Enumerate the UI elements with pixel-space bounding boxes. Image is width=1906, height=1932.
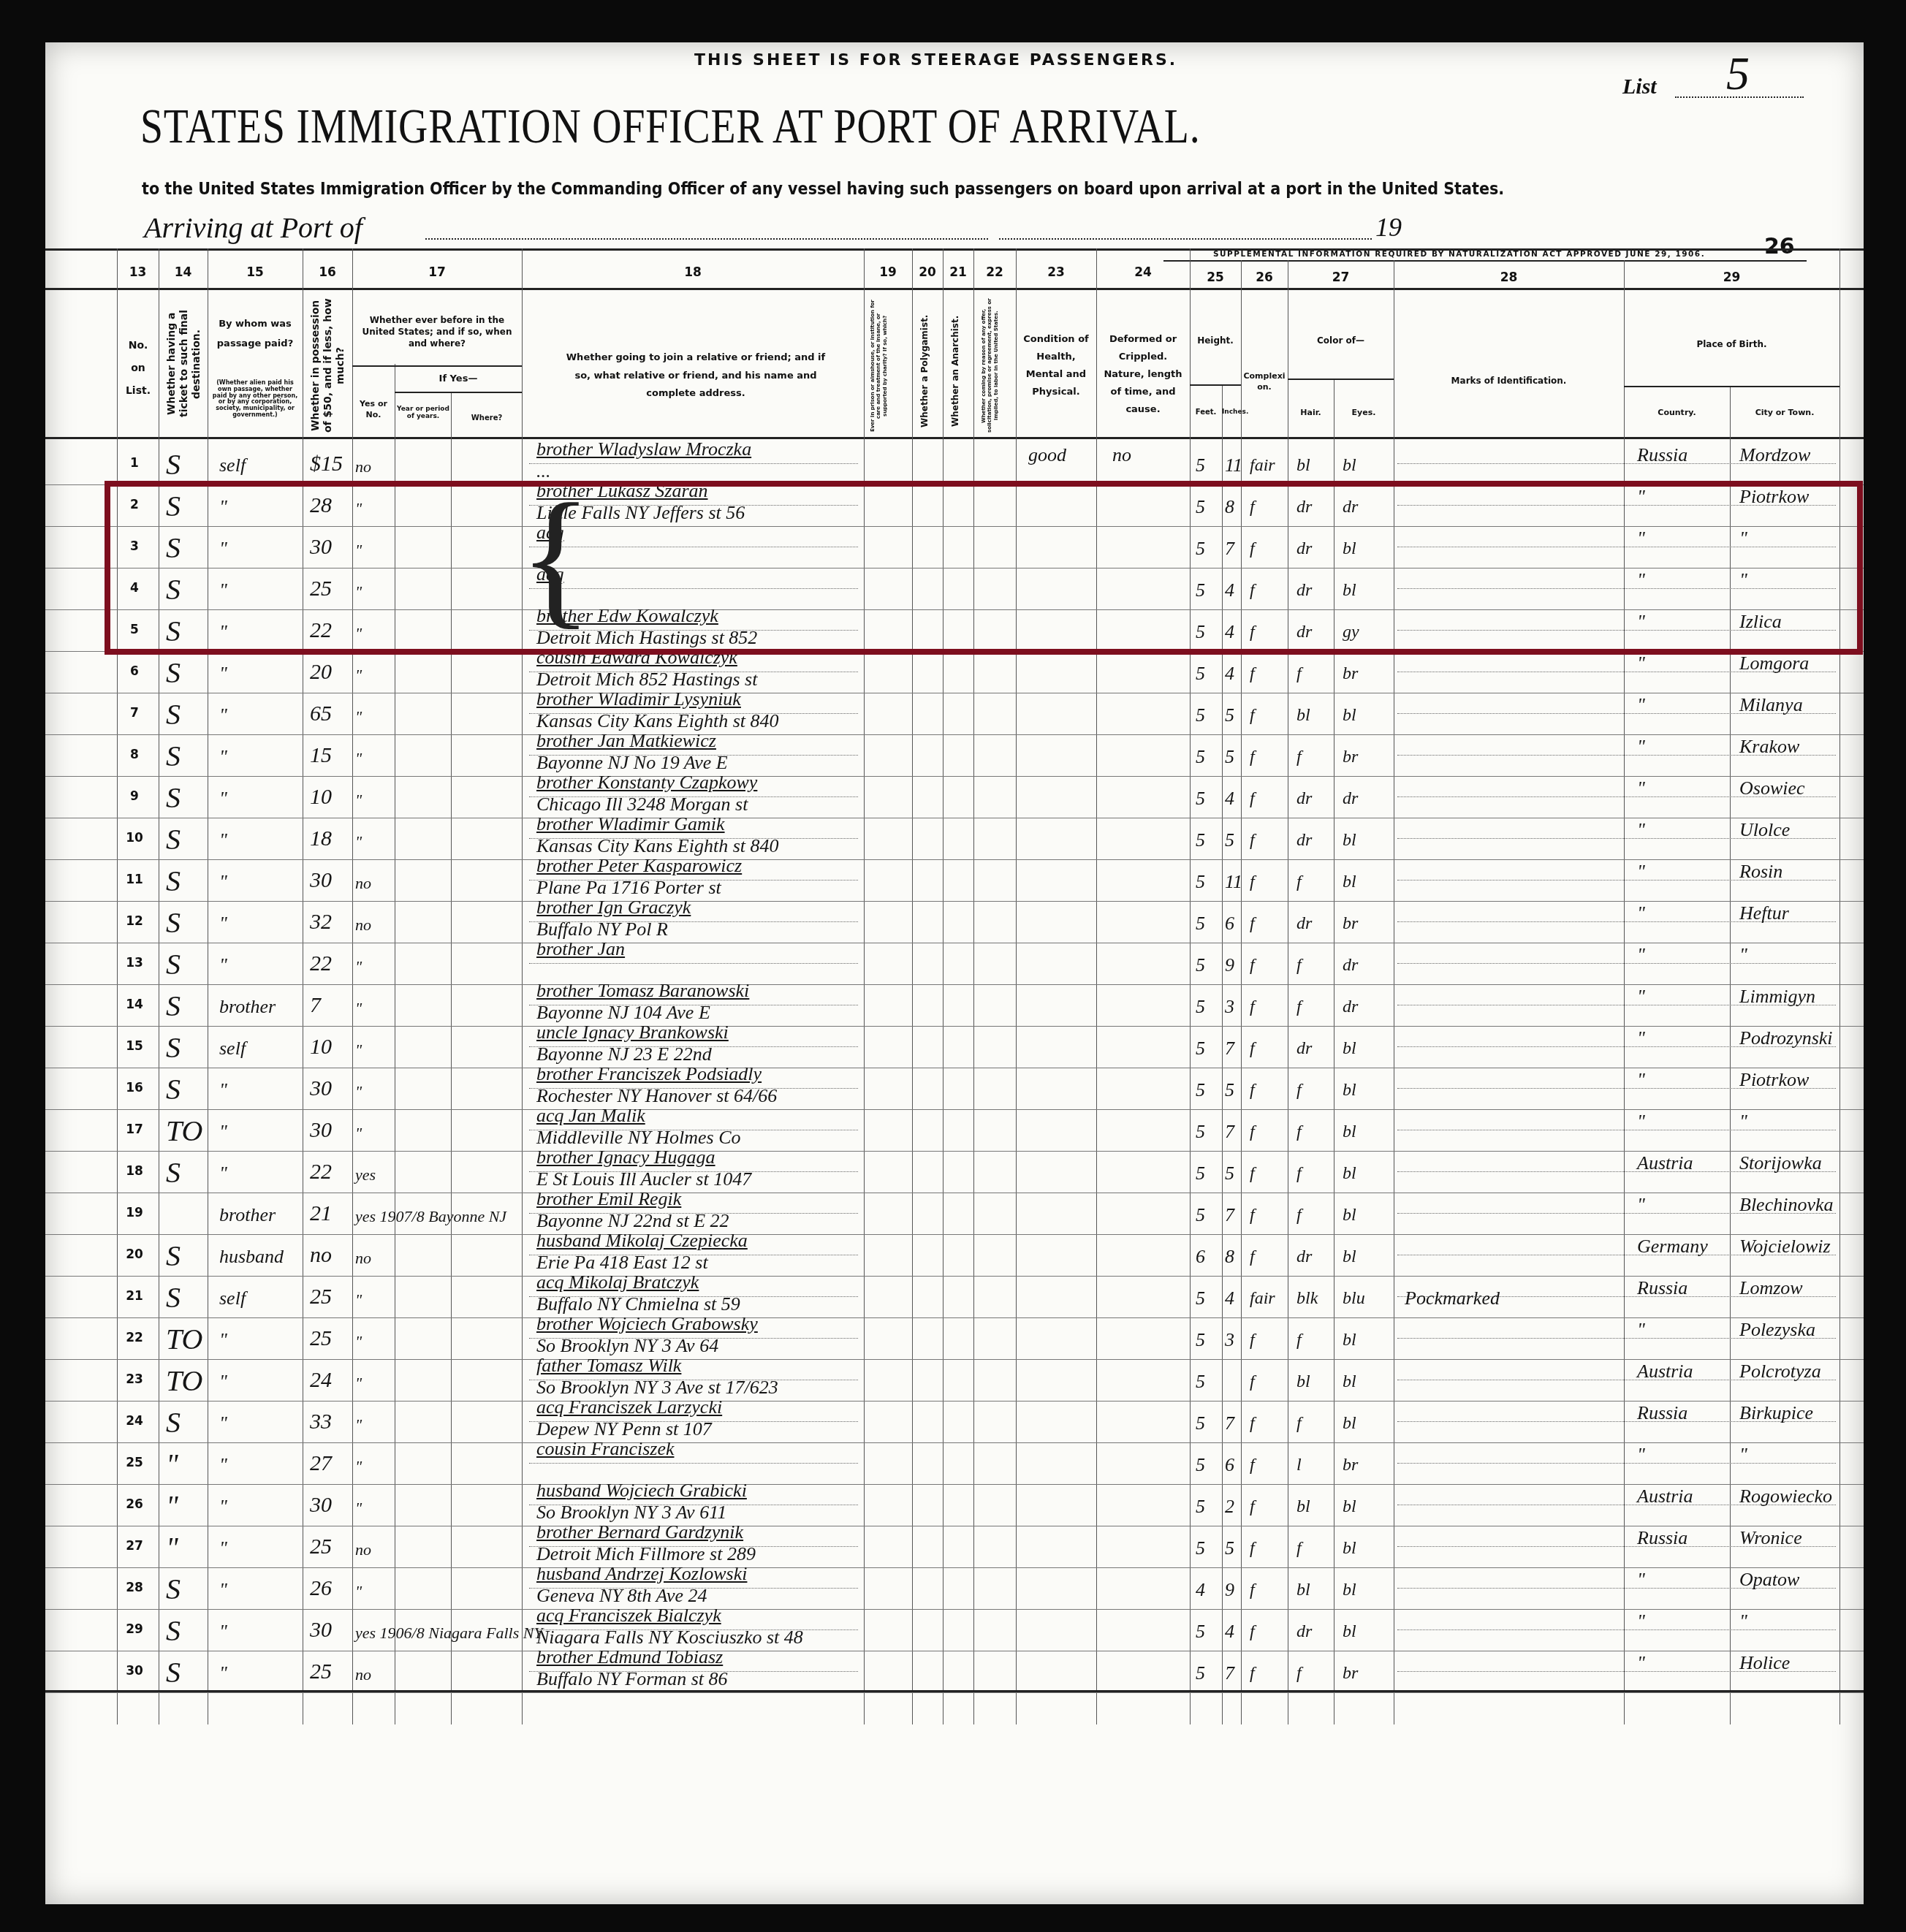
list-label: List xyxy=(1622,75,1657,99)
row-13-city: " xyxy=(1739,944,1747,966)
row-27-money: 25 xyxy=(310,1534,332,1559)
row-9-country: " xyxy=(1637,777,1645,799)
col-divider xyxy=(943,248,943,1724)
row-19-hair: f xyxy=(1296,1206,1302,1225)
row-11-no: 11 xyxy=(120,872,149,887)
row-6-in: 4 xyxy=(1225,663,1234,685)
header-place-of-birth: Place of Birth. xyxy=(1624,338,1839,350)
row-27-address: Detroit Mich Fillmore st 289 xyxy=(536,1543,756,1565)
row-1-money: $15 xyxy=(310,452,343,476)
row-1-city: Mordzow xyxy=(1739,444,1810,466)
row-18-country: Austria xyxy=(1637,1152,1693,1174)
col-divider xyxy=(1096,248,1097,1724)
col-divider xyxy=(912,248,913,1724)
row-7-relative: brother Wladimir Lysyniuk xyxy=(536,688,741,710)
row-divider xyxy=(45,943,1864,943)
row-14-address: Bayonne NJ 104 Ave E xyxy=(536,1002,710,1024)
col-divider xyxy=(1222,386,1223,1724)
row-12-city: Heftur xyxy=(1739,902,1789,924)
row-divider xyxy=(45,484,1864,485)
row-13-paid: " xyxy=(219,954,227,976)
row-4-no: 4 xyxy=(120,581,149,596)
row-14-ticket: S xyxy=(166,989,181,1023)
row-14-relative: brother Tomasz Baranowski xyxy=(536,980,749,1002)
row-12-address: Buffalo NY Pol R xyxy=(536,919,668,940)
page-subtitle: to the United States Immigration Officer… xyxy=(142,180,1504,199)
row-13-eyes: dr xyxy=(1343,956,1358,975)
row-23-eyes: bl xyxy=(1343,1372,1356,1392)
row-21-relative: acq Mikolaj Bratczyk xyxy=(536,1271,699,1293)
row-23-before: " xyxy=(355,1374,362,1393)
c17-subrule xyxy=(352,365,522,367)
row-20-city: Wojcielowiz xyxy=(1739,1236,1831,1258)
row-6-cx: f xyxy=(1250,664,1255,684)
row-6-eyes: br xyxy=(1343,664,1358,684)
row-20-hair: dr xyxy=(1296,1247,1312,1267)
row-22-hair: f xyxy=(1296,1331,1302,1350)
row-12-in: 6 xyxy=(1225,913,1234,935)
row-27-city: Wronice xyxy=(1739,1527,1802,1549)
row-18-before: yes xyxy=(355,1165,376,1184)
row-26-paid: " xyxy=(219,1496,227,1518)
row-divider xyxy=(45,1442,1864,1443)
row-19-cx: f xyxy=(1250,1206,1255,1225)
row-22-paid: " xyxy=(219,1329,227,1351)
row-21-eyes: blu xyxy=(1343,1289,1365,1309)
colnum-28: 28 xyxy=(1394,270,1624,285)
header-health: Condition of Health, Mental and Physical… xyxy=(1017,331,1095,401)
row-1-paid: self xyxy=(219,455,246,476)
row-2-country: " xyxy=(1637,486,1645,508)
row-26-country: Austria xyxy=(1637,1486,1693,1507)
row-divider xyxy=(45,818,1864,818)
row-16-paid: " xyxy=(219,1079,227,1101)
row-8-before: " xyxy=(355,749,362,768)
row-21-cx: fair xyxy=(1250,1289,1275,1309)
row-26-hair: bl xyxy=(1296,1497,1310,1517)
row-26-address: So Brooklyn NY 3 Av 611 xyxy=(536,1502,726,1524)
row-21-money: 25 xyxy=(310,1285,332,1309)
row-11-country: " xyxy=(1637,861,1645,883)
row-divider xyxy=(45,1692,1864,1693)
row-5-in: 4 xyxy=(1225,621,1234,643)
row-12-before: no xyxy=(355,916,371,935)
row-9-no: 9 xyxy=(120,789,149,804)
row-divider xyxy=(45,1401,1864,1402)
row-14-cx: f xyxy=(1250,997,1255,1017)
row-6-ticket: S xyxy=(166,655,181,690)
row-23-city: Polcrotyza xyxy=(1739,1361,1821,1383)
row-21-address: Buffalo NY Chmielna st 59 xyxy=(536,1293,740,1315)
row-8-no: 8 xyxy=(120,748,149,762)
row-divider xyxy=(45,734,1864,735)
row-10-ticket: S xyxy=(166,822,181,856)
row-28-eyes: bl xyxy=(1343,1581,1356,1600)
arriving-date-field xyxy=(999,238,1372,240)
header-marks: Marks of Identification. xyxy=(1394,375,1624,387)
row-24-cx: f xyxy=(1250,1414,1255,1434)
row-18-no: 18 xyxy=(120,1164,149,1179)
row-23-paid: " xyxy=(219,1371,227,1393)
row-9-city: Osowiec xyxy=(1739,777,1805,799)
row-16-hair: f xyxy=(1296,1081,1302,1100)
supplemental-heading: SUPPLEMENTAL INFORMATION REQUIRED BY NAT… xyxy=(1213,250,1705,259)
row-25-eyes: br xyxy=(1343,1456,1358,1475)
row-30-ticket: S xyxy=(166,1655,181,1689)
row-5-hair: dr xyxy=(1296,623,1312,642)
row-divider xyxy=(45,526,1864,527)
row-1-hair: bl xyxy=(1296,456,1310,476)
row-13-hair: f xyxy=(1296,956,1302,975)
row-24-city: Birkupice xyxy=(1739,1402,1813,1424)
row-16-ticket: S xyxy=(166,1072,181,1106)
row-21-country: Russia xyxy=(1637,1277,1687,1299)
row-14-before: " xyxy=(355,999,362,1018)
col-divider xyxy=(451,393,452,1724)
row-17-hair: f xyxy=(1296,1122,1302,1142)
row-13-before: " xyxy=(355,957,362,976)
row-20-money: no xyxy=(310,1243,332,1268)
row-15-ft: 5 xyxy=(1196,1038,1205,1060)
row-23-cx: f xyxy=(1250,1372,1255,1392)
header-polygamist: Whether a Polygamist. xyxy=(919,313,930,430)
row-14-in: 3 xyxy=(1225,996,1234,1018)
row-11-city: Rosin xyxy=(1739,861,1782,883)
row-6-address: Detroit Mich 852 Hastings st xyxy=(536,669,757,691)
row-30-paid: " xyxy=(219,1662,227,1684)
row-divider xyxy=(45,1276,1864,1277)
address-dotted-line xyxy=(529,463,858,464)
row-28-hair: bl xyxy=(1296,1581,1310,1600)
row-5-before: " xyxy=(355,624,362,643)
row-3-before: " xyxy=(355,541,362,560)
row-2-before: " xyxy=(355,499,362,518)
row-17-before: " xyxy=(355,1124,362,1143)
row-29-relative: acq Franciszek Bialczyk xyxy=(536,1605,721,1627)
row-7-city: Milanya xyxy=(1739,694,1803,716)
row-17-relative: acq Jan Malik xyxy=(536,1105,645,1127)
row-17-paid: " xyxy=(219,1121,227,1143)
row-divider xyxy=(45,1193,1864,1193)
row-3-no: 3 xyxy=(120,539,149,554)
header-yes-no: Yes or No. xyxy=(354,399,393,421)
row-30-cx: f xyxy=(1250,1664,1255,1684)
row-24-before: " xyxy=(355,1415,362,1434)
row-12-eyes: br xyxy=(1343,914,1358,934)
row-28-country: " xyxy=(1637,1569,1645,1591)
row-12-paid: " xyxy=(219,913,227,935)
row-7-no: 7 xyxy=(120,706,149,720)
row-14-no: 14 xyxy=(120,997,149,1012)
row-24-eyes: bl xyxy=(1343,1414,1356,1434)
row-2-money: 28 xyxy=(310,493,332,518)
row-16-relative: brother Franciszek Podsiadly xyxy=(536,1063,762,1085)
row-16-cx: f xyxy=(1250,1081,1255,1100)
row-3-in: 7 xyxy=(1225,538,1234,560)
row-30-address: Buffalo NY Forman st 86 xyxy=(536,1668,727,1690)
row-2-ft: 5 xyxy=(1196,496,1205,518)
row-22-country: " xyxy=(1637,1319,1645,1341)
row-22-eyes: bl xyxy=(1343,1331,1356,1350)
row-14-eyes: dr xyxy=(1343,997,1358,1017)
row-7-ticket: S xyxy=(166,697,181,731)
row-18-money: 22 xyxy=(310,1160,332,1184)
row-14-paid: brother xyxy=(219,996,276,1018)
header-height: Height. xyxy=(1190,335,1241,346)
row-24-no: 24 xyxy=(120,1414,149,1429)
row-29-in: 4 xyxy=(1225,1621,1234,1643)
row-9-cx: f xyxy=(1250,789,1255,809)
row-17-ticket: TO xyxy=(166,1114,202,1148)
row-3-cx: f xyxy=(1250,539,1255,559)
row-27-hair: f xyxy=(1296,1539,1302,1559)
row-2-eyes: dr xyxy=(1343,498,1358,517)
row-28-before: " xyxy=(355,1582,362,1601)
row-10-before: " xyxy=(355,832,362,851)
row-19-in: 7 xyxy=(1225,1204,1234,1226)
row-11-eyes: bl xyxy=(1343,872,1356,892)
row-divider xyxy=(45,1609,1864,1610)
row-11-before: no xyxy=(355,874,371,893)
row-19-relative: brother Emil Regik xyxy=(536,1188,681,1210)
row-29-cx: f xyxy=(1250,1622,1255,1642)
row-29-city: " xyxy=(1739,1610,1747,1632)
colnum-23: 23 xyxy=(1016,265,1096,280)
steerage-banner: THIS SHEET IS FOR STEERAGE PASSENGERS. xyxy=(694,51,1177,69)
supplemental-rule xyxy=(1163,260,1807,262)
row-9-eyes: dr xyxy=(1343,789,1358,809)
row-1-cx: fair xyxy=(1250,456,1275,476)
row-21-in: 4 xyxy=(1225,1288,1234,1309)
row-11-relative: brother Peter Kasparowicz xyxy=(536,855,742,877)
row-24-ft: 5 xyxy=(1196,1412,1205,1434)
row-9-money: 10 xyxy=(310,785,332,810)
row-2-paid: " xyxy=(219,496,227,518)
header-before-in-us: Whether ever before in the United States… xyxy=(355,314,519,350)
row-26-relative: husband Wojciech Grabicki xyxy=(536,1480,747,1502)
header-if-yes: If Yes— xyxy=(396,373,520,386)
row-1-ft: 5 xyxy=(1196,455,1205,476)
row-23-hair: bl xyxy=(1296,1372,1310,1392)
row-24-relative: acq Franciszek Larzycki xyxy=(536,1396,722,1418)
row-26-ticket: " xyxy=(166,1488,178,1523)
row-29-hair: dr xyxy=(1296,1622,1312,1642)
row-16-country: " xyxy=(1637,1069,1645,1091)
row-18-hair: f xyxy=(1296,1164,1302,1184)
row-10-no: 10 xyxy=(120,831,149,845)
row-25-paid: " xyxy=(219,1454,227,1476)
row-divider xyxy=(45,1026,1864,1027)
row-20-before: no xyxy=(355,1249,371,1268)
row-4-eyes: bl xyxy=(1343,581,1356,601)
row-28-paid: " xyxy=(219,1579,227,1601)
row-5-cx: f xyxy=(1250,623,1255,642)
row-13-country: " xyxy=(1637,944,1645,966)
col-divider xyxy=(159,248,159,1724)
row-17-country: " xyxy=(1637,1111,1645,1133)
col-divider xyxy=(522,248,523,1724)
row-6-paid: " xyxy=(219,663,227,685)
row-27-country: Russia xyxy=(1637,1527,1687,1549)
row-17-cx: f xyxy=(1250,1122,1255,1142)
row-27-before: no xyxy=(355,1540,371,1559)
row-9-hair: dr xyxy=(1296,789,1312,809)
header-labor-offer: Whether coming by reason of any offer, s… xyxy=(981,298,999,433)
header-passage-note: (Whether alien paid his own passage, whe… xyxy=(210,380,300,419)
row-11-money: 30 xyxy=(310,868,332,893)
row-12-hair: dr xyxy=(1296,914,1312,934)
row-4-money: 25 xyxy=(310,577,332,601)
row-5-ticket: S xyxy=(166,614,181,648)
row-28-ticket: S xyxy=(166,1572,181,1606)
row-12-ft: 5 xyxy=(1196,913,1205,935)
row-divider xyxy=(45,651,1864,652)
row-8-address: Bayonne NJ No 19 Ave E xyxy=(536,752,728,774)
header-inches: Inches. xyxy=(1222,408,1242,417)
row-8-ft: 5 xyxy=(1196,746,1205,768)
row-4-country: " xyxy=(1637,569,1645,591)
col-divider xyxy=(352,248,353,1724)
colnum-29: 29 xyxy=(1624,270,1839,285)
row-25-ticket: " xyxy=(166,1447,178,1481)
row-20-eyes: bl xyxy=(1343,1247,1356,1267)
row-22-relative: brother Wojciech Grabowsky xyxy=(536,1313,758,1335)
row-25-no: 25 xyxy=(120,1456,149,1470)
row-11-ft: 5 xyxy=(1196,871,1205,893)
year-prefix: 19 xyxy=(1375,212,1402,243)
row-19-ft: 5 xyxy=(1196,1204,1205,1226)
row-27-cx: f xyxy=(1250,1539,1255,1559)
row-8-eyes: br xyxy=(1343,748,1358,767)
row-9-relative: brother Konstanty Czapkowy xyxy=(536,772,757,794)
row-26-in: 2 xyxy=(1225,1496,1234,1518)
row-30-hair: f xyxy=(1296,1664,1302,1684)
row-23-country: Austria xyxy=(1637,1361,1693,1383)
arriving-port-label: Arriving at Port of xyxy=(144,210,362,245)
row-19-country: " xyxy=(1637,1194,1645,1216)
table-bottom-rule xyxy=(45,1690,1864,1692)
row-11-address: Plane Pa 1716 Porter st xyxy=(536,877,721,899)
header-ticket: Whether having a ticket to such final de… xyxy=(166,298,202,430)
row-28-cx: f xyxy=(1250,1581,1255,1600)
row-19-address: Bayonne NJ 22nd st E 22 xyxy=(536,1210,729,1232)
row-17-in: 7 xyxy=(1225,1121,1234,1143)
header-anarchist: Whether an Anarchist. xyxy=(950,313,960,430)
row-8-in: 5 xyxy=(1225,746,1234,768)
row-24-address: Depew NY Penn st 107 xyxy=(536,1418,712,1440)
row-25-in: 6 xyxy=(1225,1454,1234,1476)
row-8-country: " xyxy=(1637,736,1645,758)
row-26-eyes: bl xyxy=(1343,1497,1356,1517)
header-fifty-dollars: Whether in possession of $50, and if les… xyxy=(310,298,346,433)
colnum-24: 24 xyxy=(1096,265,1190,280)
row-19-before: yes 1907/8 Bayonne NJ xyxy=(355,1207,506,1226)
row-15-country: " xyxy=(1637,1027,1645,1049)
colnum-21: 21 xyxy=(943,265,973,280)
row-9-before: " xyxy=(355,791,362,810)
row-26-ft: 5 xyxy=(1196,1496,1205,1518)
row-21-hair: blk xyxy=(1296,1289,1318,1309)
row-7-eyes: bl xyxy=(1343,706,1356,726)
row-12-cx: f xyxy=(1250,914,1255,934)
row-13-cx: f xyxy=(1250,956,1255,975)
colnum-22: 22 xyxy=(973,265,1016,280)
marks-dotted-line xyxy=(1397,588,1836,589)
row-22-ticket: TO xyxy=(166,1322,202,1356)
row-30-in: 7 xyxy=(1225,1662,1234,1684)
row-13-in: 9 xyxy=(1225,954,1234,976)
row-9-ft: 5 xyxy=(1196,788,1205,810)
col-divider xyxy=(1839,248,1840,1724)
row-16-ft: 5 xyxy=(1196,1079,1205,1101)
row-21-no: 21 xyxy=(120,1289,149,1304)
row-17-no: 17 xyxy=(120,1122,149,1137)
row-4-before: " xyxy=(355,582,362,601)
row-29-country: " xyxy=(1637,1610,1645,1632)
row-27-in: 5 xyxy=(1225,1537,1234,1559)
row-17-eyes: bl xyxy=(1343,1122,1356,1142)
row-16-money: 30 xyxy=(310,1076,332,1101)
col-divider xyxy=(1334,379,1334,1724)
row-7-hair: bl xyxy=(1296,706,1310,726)
row-11-ticket: S xyxy=(166,864,181,898)
row-15-no: 15 xyxy=(120,1039,149,1054)
row-30-eyes: br xyxy=(1343,1664,1358,1684)
row-15-money: 10 xyxy=(310,1035,332,1060)
row-14-country: " xyxy=(1637,986,1645,1008)
row-14-ft: 5 xyxy=(1196,996,1205,1018)
row-15-city: Podrozynski xyxy=(1739,1027,1833,1049)
row-divider xyxy=(45,609,1864,610)
row-8-cx: f xyxy=(1250,748,1255,767)
row-30-money: 25 xyxy=(310,1659,332,1684)
row-26-no: 26 xyxy=(120,1497,149,1512)
row-4-hair: dr xyxy=(1296,581,1312,601)
col-divider xyxy=(1730,386,1731,1724)
row-4-ticket: S xyxy=(166,572,181,606)
row-19-paid: brother xyxy=(219,1204,276,1226)
row-24-country: Russia xyxy=(1637,1402,1687,1424)
row-25-before: " xyxy=(355,1457,362,1476)
row-26-before: " xyxy=(355,1499,362,1518)
row-6-relative: cousin Edward Kowalczyk xyxy=(536,647,737,669)
row-6-city: Lomgora xyxy=(1739,653,1809,674)
row-18-paid: " xyxy=(219,1163,227,1184)
row-18-in: 5 xyxy=(1225,1163,1234,1184)
row-29-ticket: S xyxy=(166,1613,181,1648)
row-15-cx: f xyxy=(1250,1039,1255,1059)
page-title: STATES IMMIGRATION OFFICER AT PORT OF AR… xyxy=(140,97,1201,155)
row-7-country: " xyxy=(1637,694,1645,716)
row-18-ticket: S xyxy=(166,1155,181,1190)
row-22-before: " xyxy=(355,1332,362,1351)
row-20-cx: f xyxy=(1250,1247,1255,1267)
col-divider xyxy=(864,248,865,1724)
row-4-ft: 5 xyxy=(1196,579,1205,601)
row-10-eyes: bl xyxy=(1343,831,1356,851)
col-divider xyxy=(973,248,974,1724)
row-divider xyxy=(45,1151,1864,1152)
row-25-country: " xyxy=(1637,1444,1645,1466)
row-21-city: Lomzow xyxy=(1739,1277,1803,1299)
marks-dotted-line xyxy=(1397,1629,1836,1630)
header-hair: Hair. xyxy=(1288,408,1334,419)
marks-dotted-line xyxy=(1397,963,1836,964)
row-22-cx: f xyxy=(1250,1331,1255,1350)
row-10-city: Ulolce xyxy=(1739,819,1790,841)
row-13-no: 13 xyxy=(120,956,149,970)
row-21-ticket: S xyxy=(166,1280,181,1315)
